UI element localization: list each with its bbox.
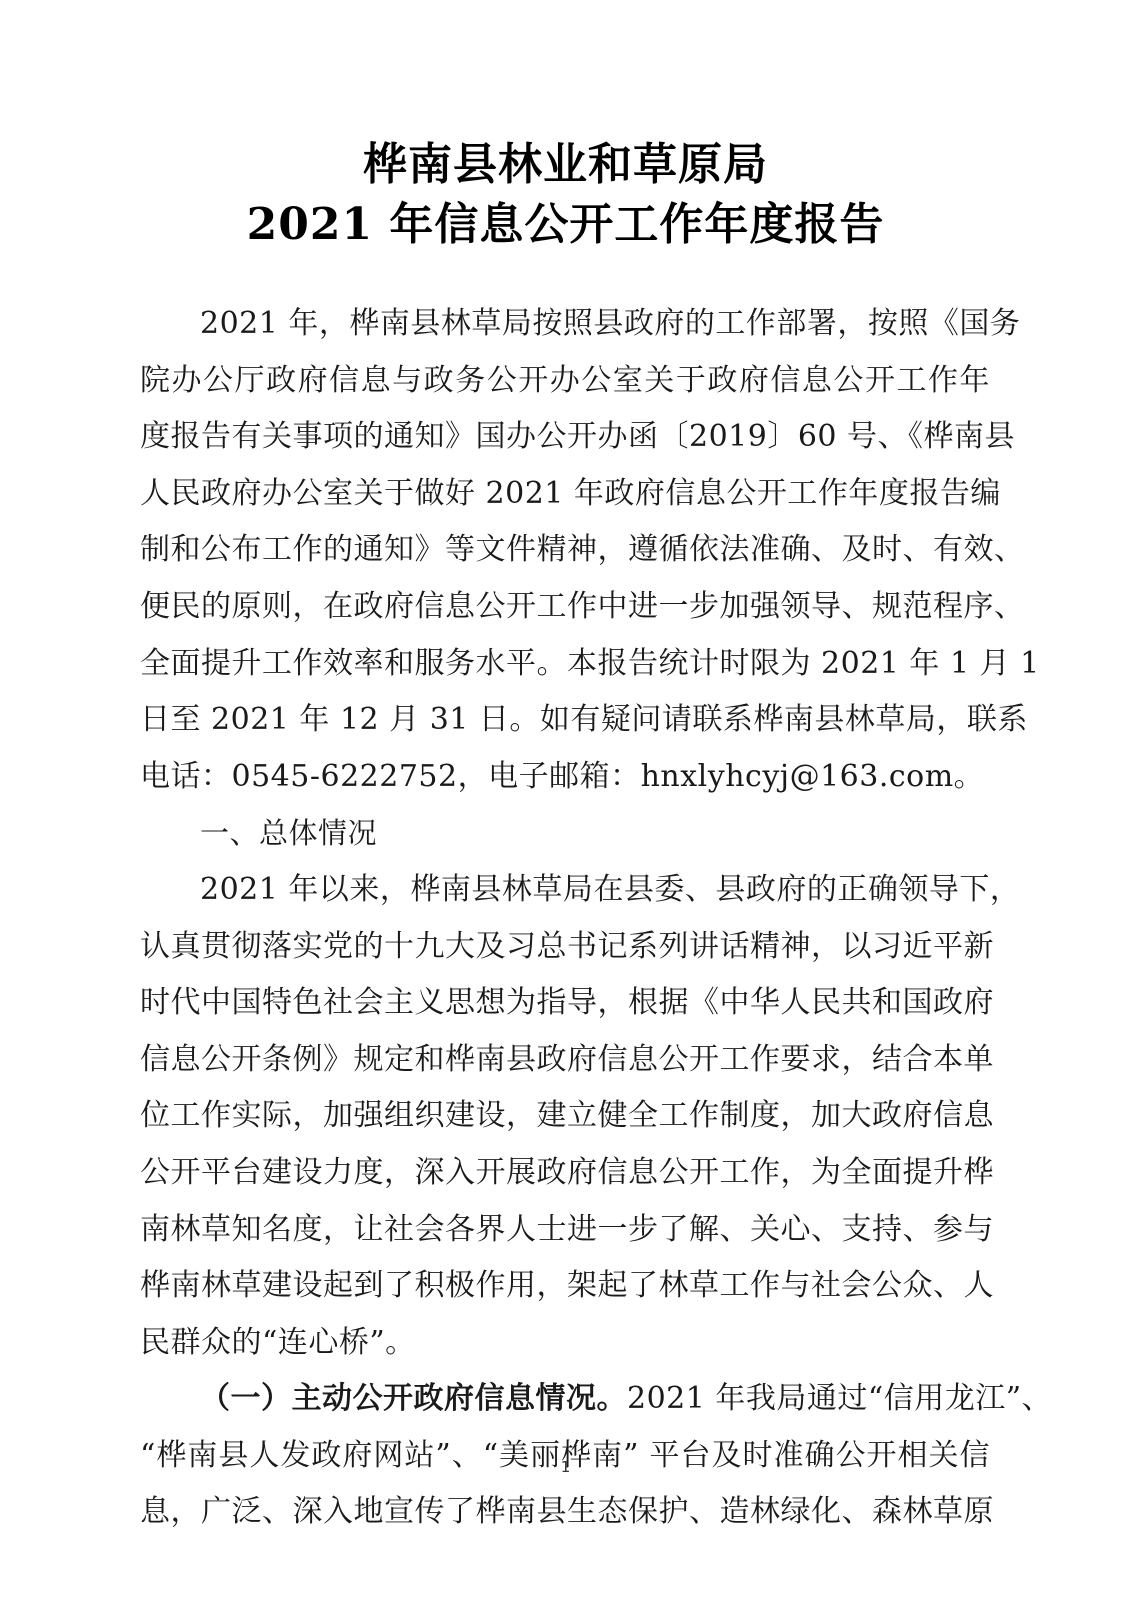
intro-line: 人民政府办公室关于做好 2021 年政府信息公开工作年度报告编 [140, 466, 990, 523]
section1-line: 时代中国特色社会主义思想为指导，根据《中华人民共和国政府 [140, 975, 990, 1032]
document-page: 桦南县林业和草原局 2021 年信息公开工作年度报告 2021 年，桦南县林草局… [0, 0, 1131, 1600]
section1-line: 民群众的“连心桥”。 [140, 1315, 990, 1372]
intro-line: 便民的原则，在政府信息公开工作中进一步加强领导、规范程序、 [140, 579, 990, 636]
section1-line: 信息公开条例》规定和桦南县政府信息公开工作要求，结合本单 [140, 1032, 990, 1089]
section1-line: 2021 年以来，桦南县林草局在县委、县政府的正确领导下， [140, 862, 990, 919]
page-number: 1 [0, 1458, 1131, 1476]
subsection1-heading: （一）主动公开政府信息情况。 [200, 1381, 627, 1416]
subsection1-text: 2021 年我局通过“信用龙江”、 [627, 1381, 1052, 1416]
intro-line: 度报告有关事项的通知》国办公开办函〔2019〕60 号、《桦南县 [140, 409, 990, 466]
intro-line: 院办公厅政府信息与政务公开办公室关于政府信息公开工作年 [140, 353, 990, 410]
section1-line: 位工作实际，加强组织建设，建立健全工作制度，加大政府信息 [140, 1088, 990, 1145]
subsection1-first-line: （一）主动公开政府信息情况。2021 年我局通过“信用龙江”、 [140, 1371, 990, 1428]
document-title-line1: 桦南县林业和草原局 [0, 128, 1131, 192]
section1-line: 认真贯彻落实党的十九大及习总书记系列讲话精神，以习近平新 [140, 919, 990, 976]
document-body: 2021 年，桦南县林草局按照县政府的工作部署，按照《国务 院办公厅政府信息与政… [140, 296, 990, 1541]
document-title-line2: 2021 年信息公开工作年度报告 [0, 188, 1131, 252]
section-heading-overview: 一、总体情况 [140, 805, 990, 862]
intro-line: 2021 年，桦南县林草局按照县政府的工作部署，按照《国务 [140, 296, 990, 353]
intro-line: 全面提升工作效率和服务水平。本报告统计时限为 2021 年 1 月 1 [140, 636, 990, 693]
intro-line: 日至 2021 年 12 月 31 日。如有疑问请联系桦南县林草局，联系 [140, 692, 990, 749]
section1-line: 公开平台建设力度，深入开展政府信息公开工作，为全面提升桦 [140, 1145, 990, 1202]
intro-line: 电话：0545-6222752，电子邮箱：hnxlyhcyj@163.com。 [140, 749, 990, 806]
section1-line: 桦南林草建设起到了积极作用，架起了林草工作与社会公众、人 [140, 1258, 990, 1315]
intro-line: 制和公布工作的通知》等文件精神，遵循依法准确、及时、有效、 [140, 522, 990, 579]
subsection1-line: 息，广泛、深入地宣传了桦南县生态保护、造林绿化、森林草原 [140, 1484, 990, 1541]
section1-line: 南林草知名度，让社会各界人士进一步了解、关心、支持、参与 [140, 1202, 990, 1259]
